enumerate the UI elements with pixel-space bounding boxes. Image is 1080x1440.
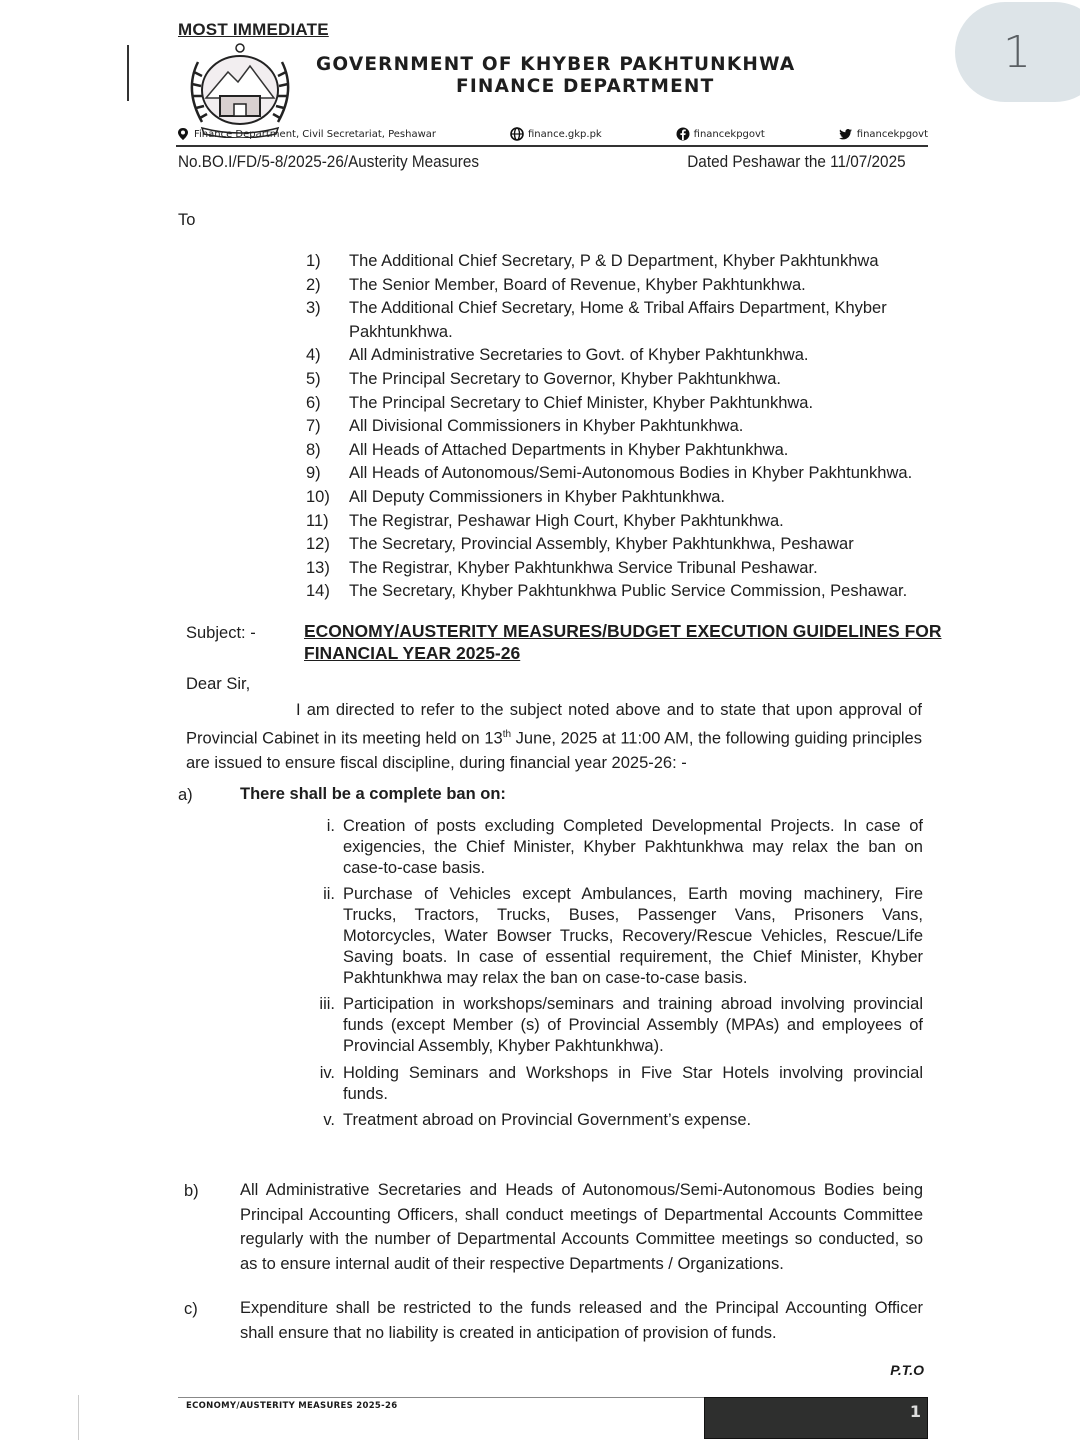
recipient-number: 14) [306, 580, 349, 604]
footer-title: ECONOMY/AUSTERITY MEASURES 2025-26 [186, 1401, 397, 1411]
recipient-text: The Senior Member, Board of Revenue, Khy… [349, 274, 926, 298]
recipient-text: The Registrar, Peshawar High Court, Khyb… [349, 510, 926, 534]
please-turn-over-note: P.T.O [890, 1362, 924, 1378]
recipient-text: The Principal Secretary to Chief Ministe… [349, 392, 926, 416]
location-pin-icon [176, 127, 190, 141]
ban-item-number: i. [306, 816, 343, 878]
ban-item-number: v. [306, 1110, 343, 1131]
ban-item: iii.Participation in workshops/seminars … [306, 994, 923, 1056]
ban-item: ii.Purchase of Vehicles except Ambulance… [306, 884, 923, 988]
recipient-number: 12) [306, 533, 349, 557]
recipient-text: All Administrative Secretaries to Govt. … [349, 344, 926, 368]
recipient-text: All Heads of Attached Departments in Khy… [349, 439, 926, 463]
recipient-item: 13)The Registrar, Khyber Pakhtunkhwa Ser… [306, 557, 926, 581]
recipient-number: 11) [306, 510, 349, 534]
recipient-text: The Secretary, Khyber Pakhtunkhwa Public… [349, 580, 926, 604]
para-c-label: c) [184, 1300, 198, 1319]
para-a-heading: There shall be a complete ban on: [240, 785, 506, 804]
contact-address: Finance Department, Civil Secretariat, P… [176, 127, 436, 141]
ban-item: iv.Holding Seminars and Workshops in Fiv… [306, 1063, 923, 1105]
recipient-item: 12)The Secretary, Provincial Assembly, K… [306, 533, 926, 557]
recipient-number: 4) [306, 344, 349, 368]
department-title: FINANCE DEPARTMENT [456, 76, 714, 97]
recipient-number: 3) [306, 297, 349, 344]
footer-page-box: 1 [704, 1397, 928, 1439]
intro-paragraph: I am directed to refer to the subject no… [186, 698, 922, 775]
recipient-text: The Additional Chief Secretary, Home & T… [349, 297, 926, 344]
recipient-number: 2) [306, 274, 349, 298]
ban-item: v.Treatment abroad on Provincial Governm… [306, 1110, 923, 1131]
recipient-text: The Secretary, Provincial Assembly, Khyb… [349, 533, 926, 557]
contact-twitter-text: financekpgovt [857, 129, 928, 140]
recipient-text: The Additional Chief Secretary, P & D De… [349, 250, 926, 274]
ban-item-text: Holding Seminars and Workshops in Five S… [343, 1063, 923, 1105]
reference-number: No.BO.I/FD/5-8/2025-26/Austerity Measure… [178, 152, 479, 172]
page-indicator-number: 1 [1003, 27, 1031, 78]
recipient-item: 9)All Heads of Autonomous/Semi-Autonomou… [306, 462, 926, 486]
salutation: Dear Sir, [186, 675, 250, 694]
to-label: To [178, 211, 195, 230]
recipient-item: 1)The Additional Chief Secretary, P & D … [306, 250, 926, 274]
contact-facebook-text: financekpgovt [694, 129, 765, 140]
recipients-list: 1)The Additional Chief Secretary, P & D … [306, 250, 926, 604]
page-edge-line [78, 1395, 79, 1440]
letter-date: Dated Peshawar the 11/07/2025 [688, 152, 906, 172]
priority-label: MOST IMMEDIATE [178, 20, 329, 40]
recipient-item: 10)All Deputy Commissioners in Khyber Pa… [306, 486, 926, 510]
recipient-number: 7) [306, 415, 349, 439]
subject-text: ECONOMY/AUSTERITY MEASURES/BUDGET EXECUT… [304, 620, 964, 664]
recipient-item: 2)The Senior Member, Board of Revenue, K… [306, 274, 926, 298]
contact-twitter: financekpgovt [839, 127, 928, 141]
para-b-text: All Administrative Secretaries and Heads… [240, 1178, 923, 1276]
recipient-text: The Principal Secretary to Governor, Khy… [349, 368, 926, 392]
ban-list: i.Creation of posts excluding Completed … [306, 816, 923, 1137]
kp-government-emblem-icon [180, 42, 302, 138]
contact-website-text: finance.gkp.pk [528, 129, 602, 140]
footer-page-number: 1 [910, 1402, 921, 1421]
ban-item: i.Creation of posts excluding Completed … [306, 816, 923, 878]
recipient-number: 1) [306, 250, 349, 274]
recipient-text: All Deputy Commissioners in Khyber Pakht… [349, 486, 926, 510]
recipient-item: 11)The Registrar, Peshawar High Court, K… [306, 510, 926, 534]
ban-item-number: ii. [306, 884, 343, 988]
contact-facebook: financekpgovt [676, 127, 765, 141]
ban-item-text: Creation of posts excluding Completed De… [343, 816, 923, 878]
contact-website: finance.gkp.pk [510, 127, 602, 141]
recipient-item: 6)The Principal Secretary to Chief Minis… [306, 392, 926, 416]
recipient-item: 5)The Principal Secretary to Governor, K… [306, 368, 926, 392]
recipient-text: The Registrar, Khyber Pakhtunkhwa Servic… [349, 557, 926, 581]
margin-pen-mark [127, 45, 129, 101]
recipient-number: 9) [306, 462, 349, 486]
recipient-number: 6) [306, 392, 349, 416]
ban-item-text: Treatment abroad on Provincial Governmen… [343, 1110, 923, 1131]
para-b-label: b) [184, 1182, 199, 1201]
recipient-number: 10) [306, 486, 349, 510]
contact-address-text: Finance Department, Civil Secretariat, P… [194, 129, 436, 140]
recipient-item: 4)All Administrative Secretaries to Govt… [306, 344, 926, 368]
recipient-item: 7)All Divisional Commissioners in Khyber… [306, 415, 926, 439]
ban-item-number: iii. [306, 994, 343, 1056]
recipient-number: 13) [306, 557, 349, 581]
twitter-icon [839, 127, 853, 141]
letterhead-divider [176, 145, 928, 147]
recipient-text: All Divisional Commissioners in Khyber P… [349, 415, 926, 439]
letterhead-contacts: Finance Department, Civil Secretariat, P… [176, 127, 928, 141]
facebook-icon [676, 127, 690, 141]
globe-icon [510, 127, 524, 141]
ban-item-text: Purchase of Vehicles except Ambulances, … [343, 884, 923, 988]
para-a-label: a) [178, 786, 193, 805]
government-title: GOVERNMENT OF KHYBER PAKHTUNKHWA [316, 54, 916, 75]
footer-divider [178, 1397, 706, 1398]
ban-item-text: Participation in workshops/seminars and … [343, 994, 923, 1056]
para-c-text: Expenditure shall be restricted to the f… [240, 1296, 923, 1345]
subject-label: Subject: - [186, 624, 256, 643]
recipient-text: All Heads of Autonomous/Semi-Autonomous … [349, 462, 926, 486]
recipient-number: 8) [306, 439, 349, 463]
page-indicator-badge: 1 [955, 2, 1080, 102]
ban-item-number: iv. [306, 1063, 343, 1105]
recipient-number: 5) [306, 368, 349, 392]
recipient-item: 3)The Additional Chief Secretary, Home &… [306, 297, 926, 344]
recipient-item: 8)All Heads of Attached Departments in K… [306, 439, 926, 463]
recipient-item: 14)The Secretary, Khyber Pakhtunkhwa Pub… [306, 580, 926, 604]
